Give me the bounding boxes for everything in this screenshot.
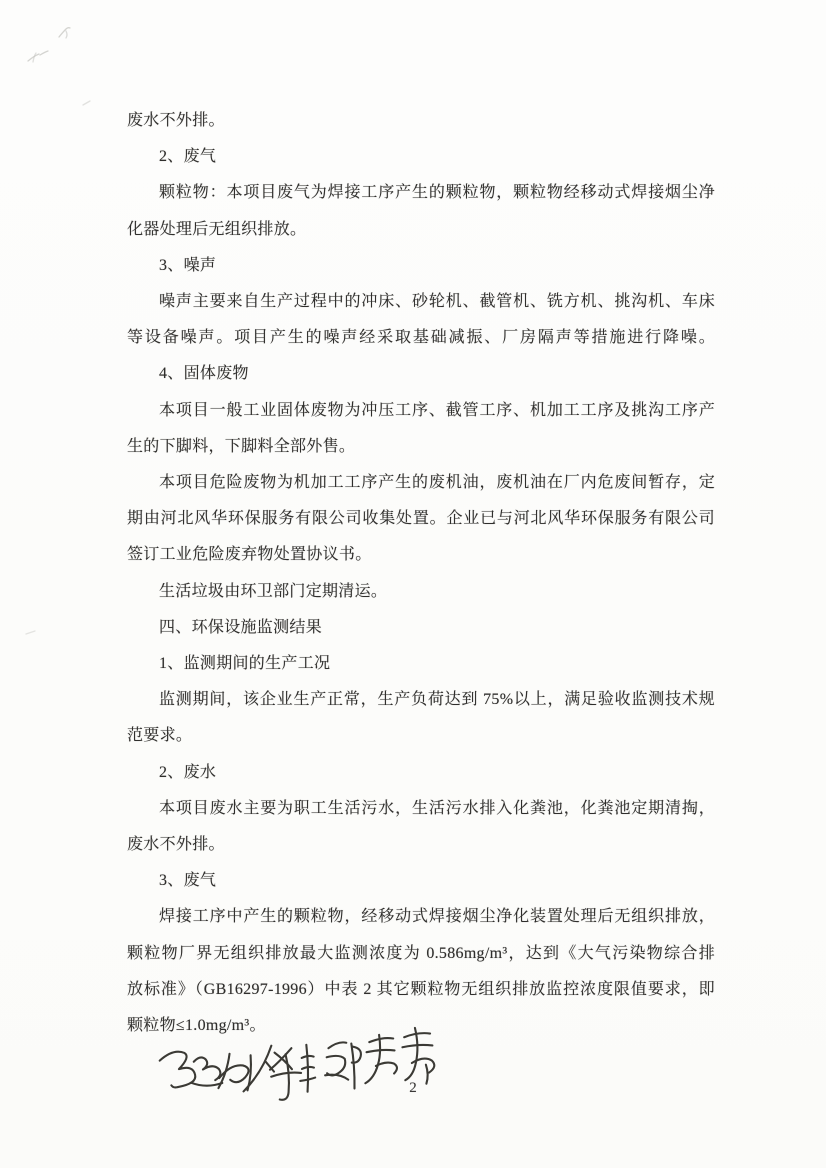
- text-line-heading: 3、废气: [127, 863, 715, 899]
- text-line: 本项目危险废物为机加工工序产生的废机油，废机油在厂内危废间暂存，定: [127, 465, 715, 501]
- document-page: 废水不外排。 2、废气 颗粒物：本项目废气为焊接工序产生的颗粒物，颗粒物经移动式…: [0, 0, 826, 1168]
- text-line: 废水不外排。: [127, 103, 715, 139]
- text-line: 颗粒物：本项目废气为焊接工序产生的颗粒物，颗粒物经移动式焊接烟尘净: [127, 175, 715, 211]
- text-line: 生的下脚料，下脚料全部外售。: [127, 429, 715, 465]
- text-line: 监测期间，该企业生产正常，生产负荷达到 75%以上，满足验收监测技术规: [127, 682, 715, 718]
- text-line-heading: 4、固体废物: [127, 356, 715, 392]
- text-line-heading: 2、废水: [127, 755, 715, 791]
- text-line: 等设备噪声。项目产生的噪声经采取基础减振、厂房隔声等措施进行降噪。: [127, 320, 715, 356]
- text-line: 本项目废水主要为职工生活污水，生活污水排入化粪池，化粪池定期清掏，: [127, 791, 715, 827]
- text-line: 范要求。: [127, 718, 715, 754]
- text-line-heading: 3、噪声: [127, 248, 715, 284]
- handwritten-signatures: [132, 1019, 464, 1123]
- text-line: 焊接工序中产生的颗粒物，经移动式焊接烟尘净化装置处理后无组织排放，: [127, 899, 715, 935]
- scan-smudge-marks: [0, 0, 120, 650]
- body-text: 废水不外排。 2、废气 颗粒物：本项目废气为焊接工序产生的颗粒物，颗粒物经移动式…: [127, 103, 715, 1044]
- text-line-heading: 2、废气: [127, 139, 715, 175]
- text-line: 噪声主要来自生产过程中的冲床、砂轮机、截管机、铣方机、挑沟机、车床: [127, 284, 715, 320]
- text-line: 签订工业危险废弃物处置协议书。: [127, 537, 715, 573]
- text-line: 生活垃圾由环卫部门定期清运。: [127, 574, 715, 610]
- text-line: 放标准》（GB16297-1996）中表 2 其它颗粒物无组织排放监控浓度限值要…: [127, 972, 715, 1008]
- text-line: 颗粒物厂界无组织排放最大监测浓度为 0.586mg/m³，达到《大气污染物综合排: [127, 936, 715, 972]
- text-line: 化器处理后无组织排放。: [127, 212, 715, 248]
- page-number: 2: [0, 1080, 826, 1097]
- text-line: 本项目一般工业固体废物为冲压工序、截管工序、机加工工序及挑沟工序产: [127, 393, 715, 429]
- text-line-heading: 四、环保设施监测结果: [127, 610, 715, 646]
- text-line-heading: 1、监测期间的生产工况: [127, 646, 715, 682]
- text-line: 废水不外排。: [127, 827, 715, 863]
- text-line: 期由河北风华环保服务有限公司收集处置。企业已与河北风华环保服务有限公司: [127, 501, 715, 537]
